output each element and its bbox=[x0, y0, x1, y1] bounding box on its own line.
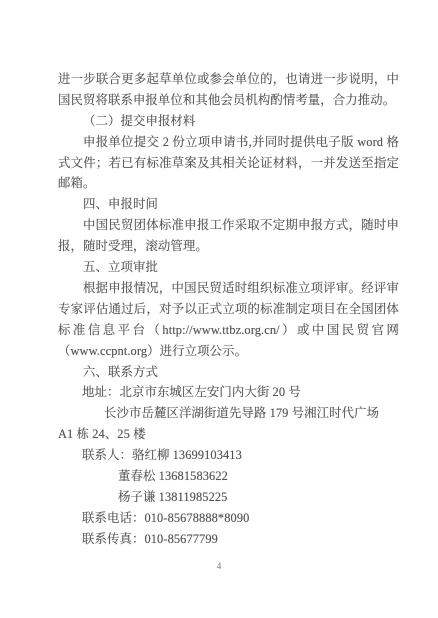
text-line: 地址：北京市东城区左安门内大街 20 号 bbox=[58, 382, 399, 403]
text-line: 五、立项审批 bbox=[58, 257, 399, 278]
text-line: （www.ccpnt.org）进行立项公示。 bbox=[58, 341, 399, 362]
text-line: 标准信息平台（http://www.ttbz.org.cn/）或中国民贸官网 bbox=[58, 320, 399, 341]
text-line: 联系传真：010-85677799 bbox=[58, 529, 399, 550]
text-line: 国民贸将联系申报单位和其他会员机构酌情考量，合力推动。 bbox=[58, 90, 399, 111]
page-number: 4 bbox=[0, 561, 438, 571]
document-lines: 进一步联合更多起草单位或参会单位的，也请进一步说明，中国民贸将联系申报单位和其他… bbox=[58, 69, 399, 550]
text-line: 四、申报时间 bbox=[58, 194, 399, 215]
text-line: 联系人：骆红柳 13699103413 bbox=[58, 445, 399, 466]
text-line: 杨子谦 13811985225 bbox=[58, 487, 399, 508]
text-line: 式文件；若已有标准草案及其相关论证材料，一并发送至指定 bbox=[58, 153, 399, 174]
text-line: 进一步联合更多起草单位或参会单位的，也请进一步说明，中 bbox=[58, 69, 399, 90]
text-line: 报，随时受理，滚动管理。 bbox=[58, 236, 399, 257]
text-line: 董春松 13681583622 bbox=[58, 466, 399, 487]
text-line: 中国民贸团体标准申报工作采取不定期申报方式，随时申 bbox=[58, 215, 399, 236]
text-line: 邮箱。 bbox=[58, 173, 399, 194]
text-line: A1 栋 24、25 楼 bbox=[58, 424, 399, 445]
text-line: 根据申报情况，中国民贸适时组织标准立项评审。经评审 bbox=[58, 278, 399, 299]
text-line: 专家评估通过后，对予以正式立项的标准制定项目在全国团体 bbox=[58, 299, 399, 320]
text-line: 申报单位提交 2 份立项申请书,并同时提供电子版 word 格 bbox=[58, 132, 399, 153]
scanned-document-page: 进一步联合更多起草单位或参会单位的，也请进一步说明，中国民贸将联系申报单位和其他… bbox=[0, 0, 438, 618]
text-line: （二）提交申报材料 bbox=[58, 111, 399, 132]
text-line: 六、联系方式 bbox=[58, 362, 399, 383]
text-line: 联系电话：010-85678888*8090 bbox=[58, 508, 399, 529]
text-line: 长沙市岳麓区洋湖街道先导路 179 号湘江时代广场 bbox=[58, 403, 399, 424]
